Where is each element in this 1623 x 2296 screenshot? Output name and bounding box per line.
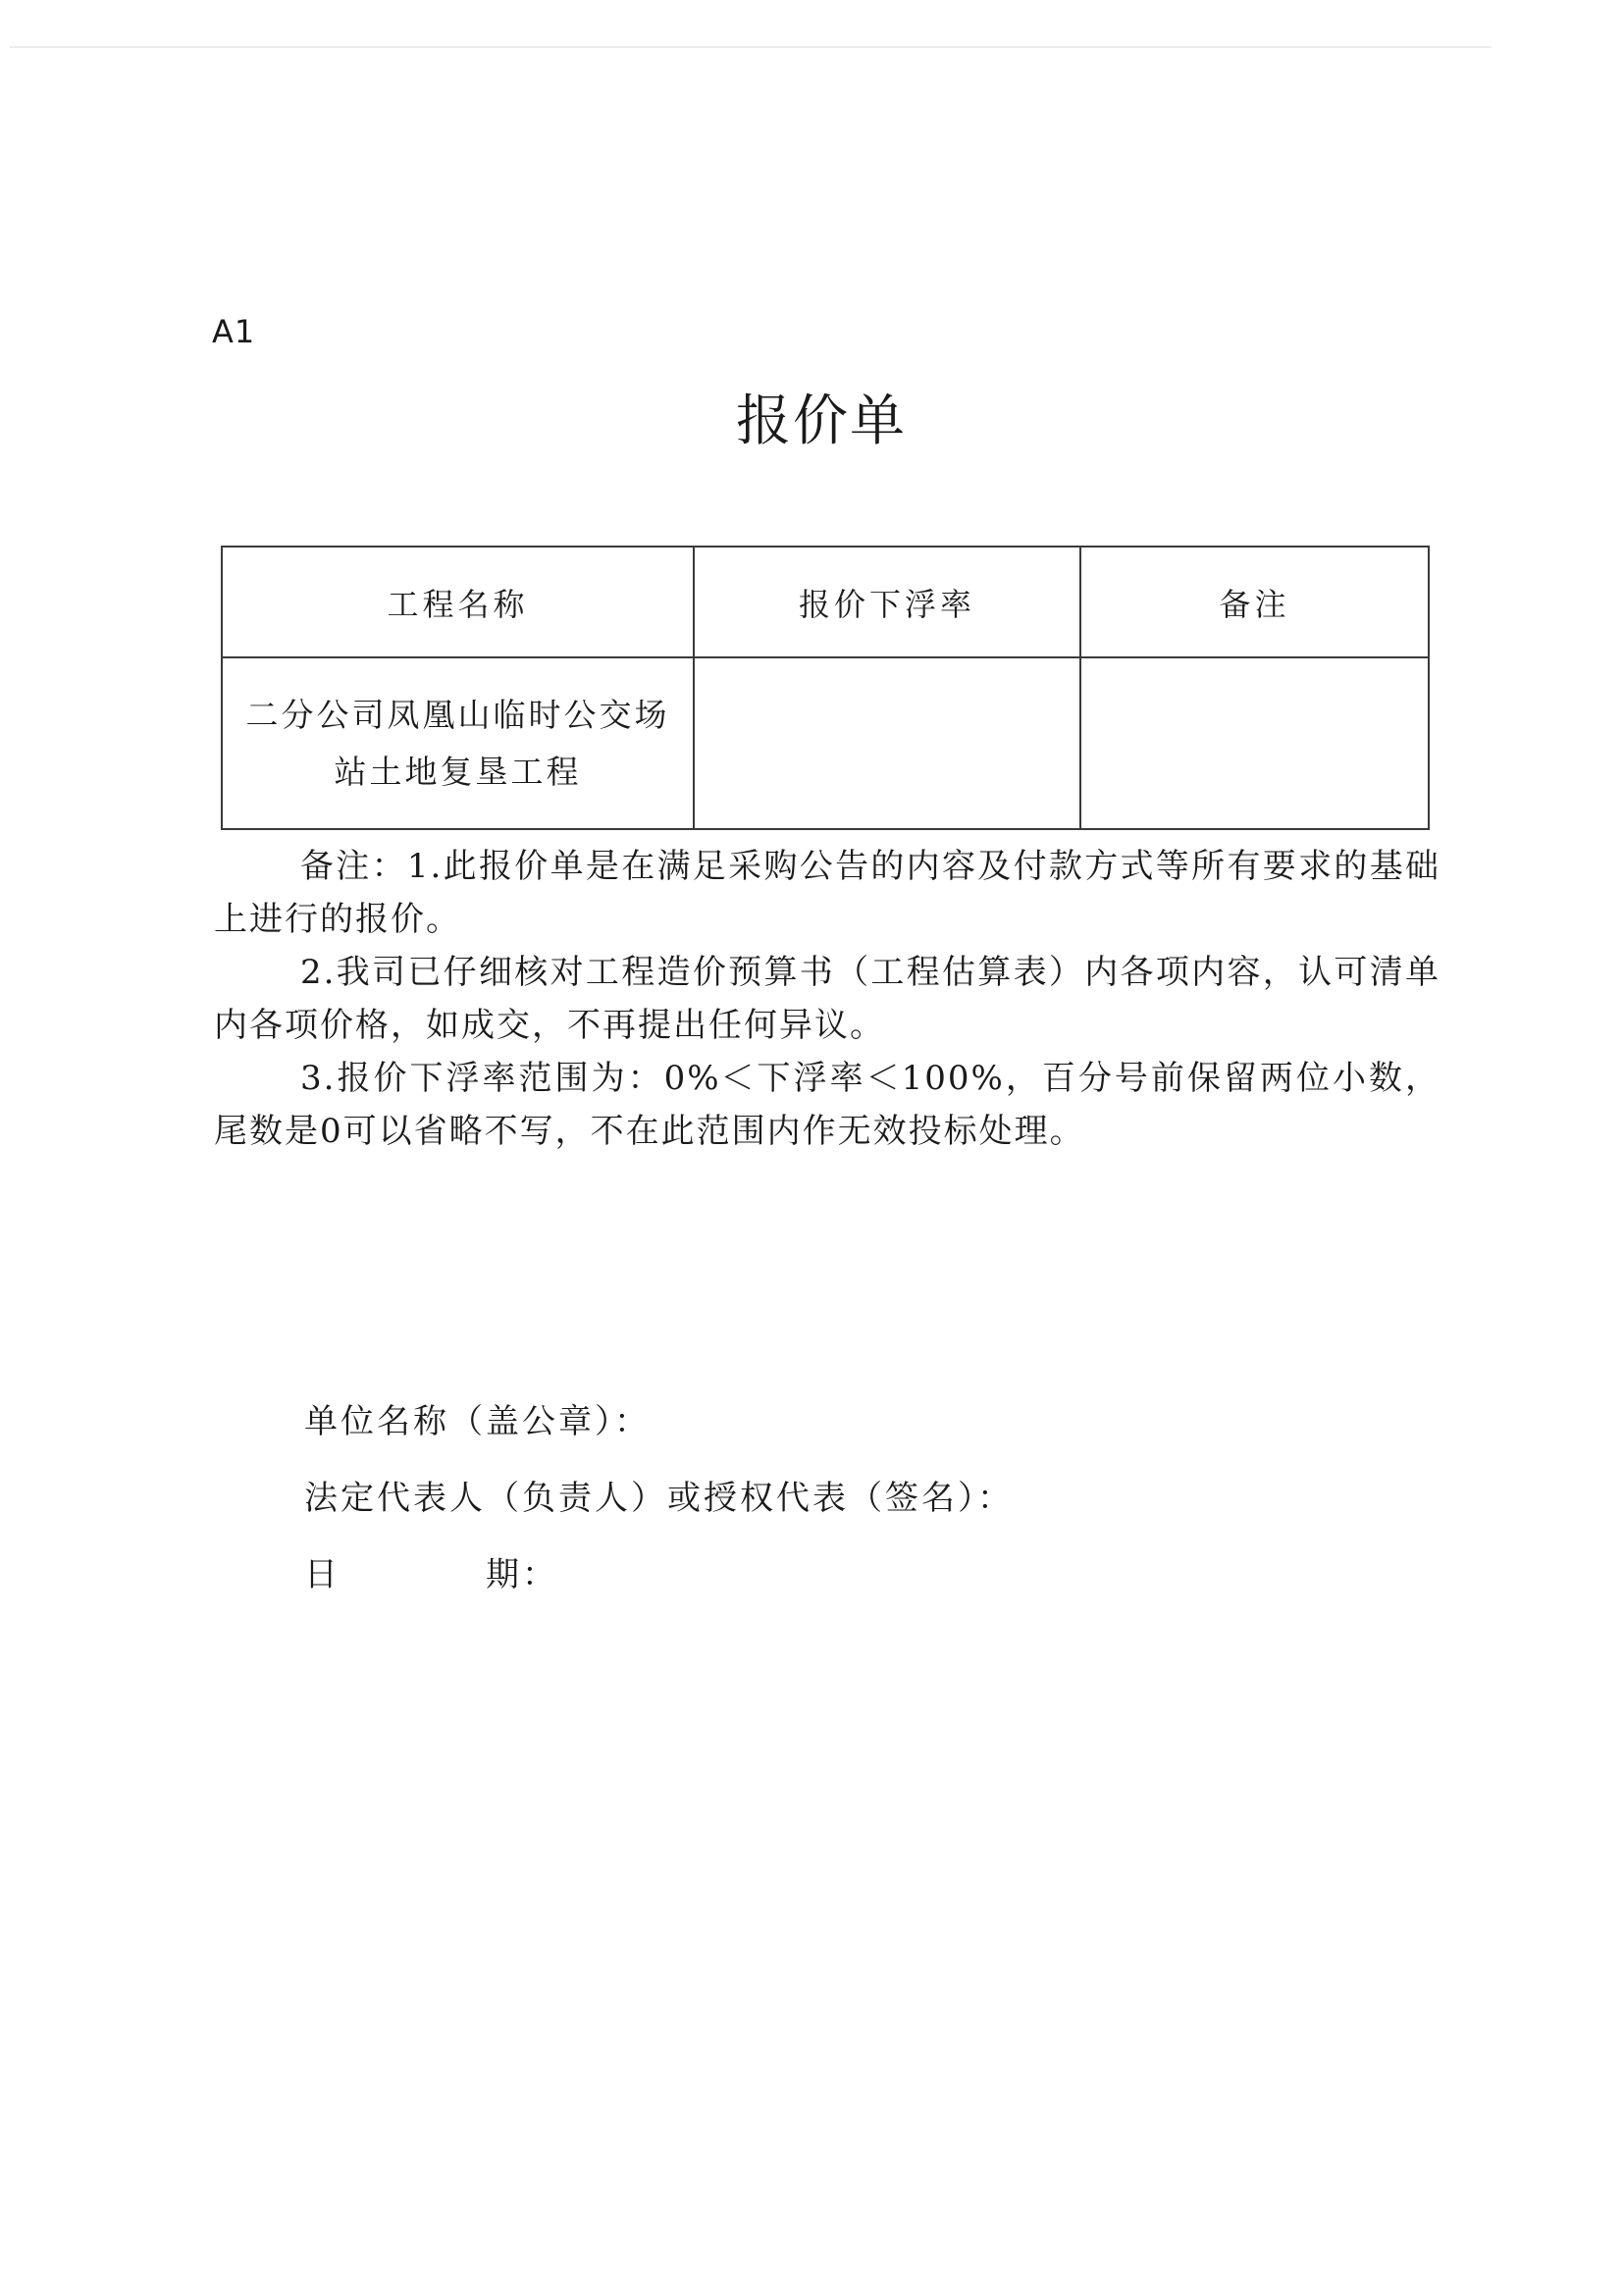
- cell-project-name: 二分公司凤凰山临时公交场站土地复垦工程: [222, 657, 694, 829]
- note-2: 2.我司已仔细核对工程造价预算书（工程估算表）内各项内容，认可清单内各项价格，如…: [214, 946, 1440, 1052]
- table-row: 二分公司凤凰山临时公交场站土地复垦工程: [222, 657, 1429, 829]
- scan-edge-line: [10, 46, 1492, 48]
- date-label-second: 期：: [486, 1555, 558, 1594]
- document-code: A1: [212, 312, 255, 351]
- header-project-name: 工程名称: [222, 547, 694, 657]
- representative-signature-label: 法定代表人（负责人）或授权代表（签名）：: [304, 1460, 1014, 1537]
- date-label-first: 日: [304, 1555, 340, 1594]
- note-1: 备注：1.此报价单是在满足采购公告的内容及付款方式等所有要求的基础上进行的报价。: [214, 840, 1440, 946]
- notes-section: 备注：1.此报价单是在满足采购公告的内容及付款方式等所有要求的基础上进行的报价。…: [214, 840, 1440, 1158]
- document-title: 报价单: [0, 388, 1623, 456]
- project-name-text: 二分公司凤凰山临时公交场站土地复垦工程: [223, 687, 693, 801]
- header-discount-rate: 报价下浮率: [694, 547, 1080, 657]
- note-3: 3.报价下浮率范围为：0%＜下浮率＜100%，百分号前保留两位小数，尾数是0可以…: [214, 1052, 1440, 1158]
- cell-remark[interactable]: [1080, 657, 1429, 829]
- table-header-row: 工程名称 报价下浮率 备注: [222, 547, 1429, 657]
- date-label: 日期：: [304, 1537, 1014, 1613]
- cell-discount-rate[interactable]: [694, 657, 1080, 829]
- header-remark: 备注: [1080, 547, 1429, 657]
- signature-block: 单位名称（盖公章）： 法定代表人（负责人）或授权代表（签名）： 日期：: [304, 1383, 1014, 1613]
- quote-table: 工程名称 报价下浮率 备注 二分公司凤凰山临时公交场站土地复垦工程: [221, 546, 1430, 830]
- company-name-label: 单位名称（盖公章）：: [304, 1383, 1014, 1460]
